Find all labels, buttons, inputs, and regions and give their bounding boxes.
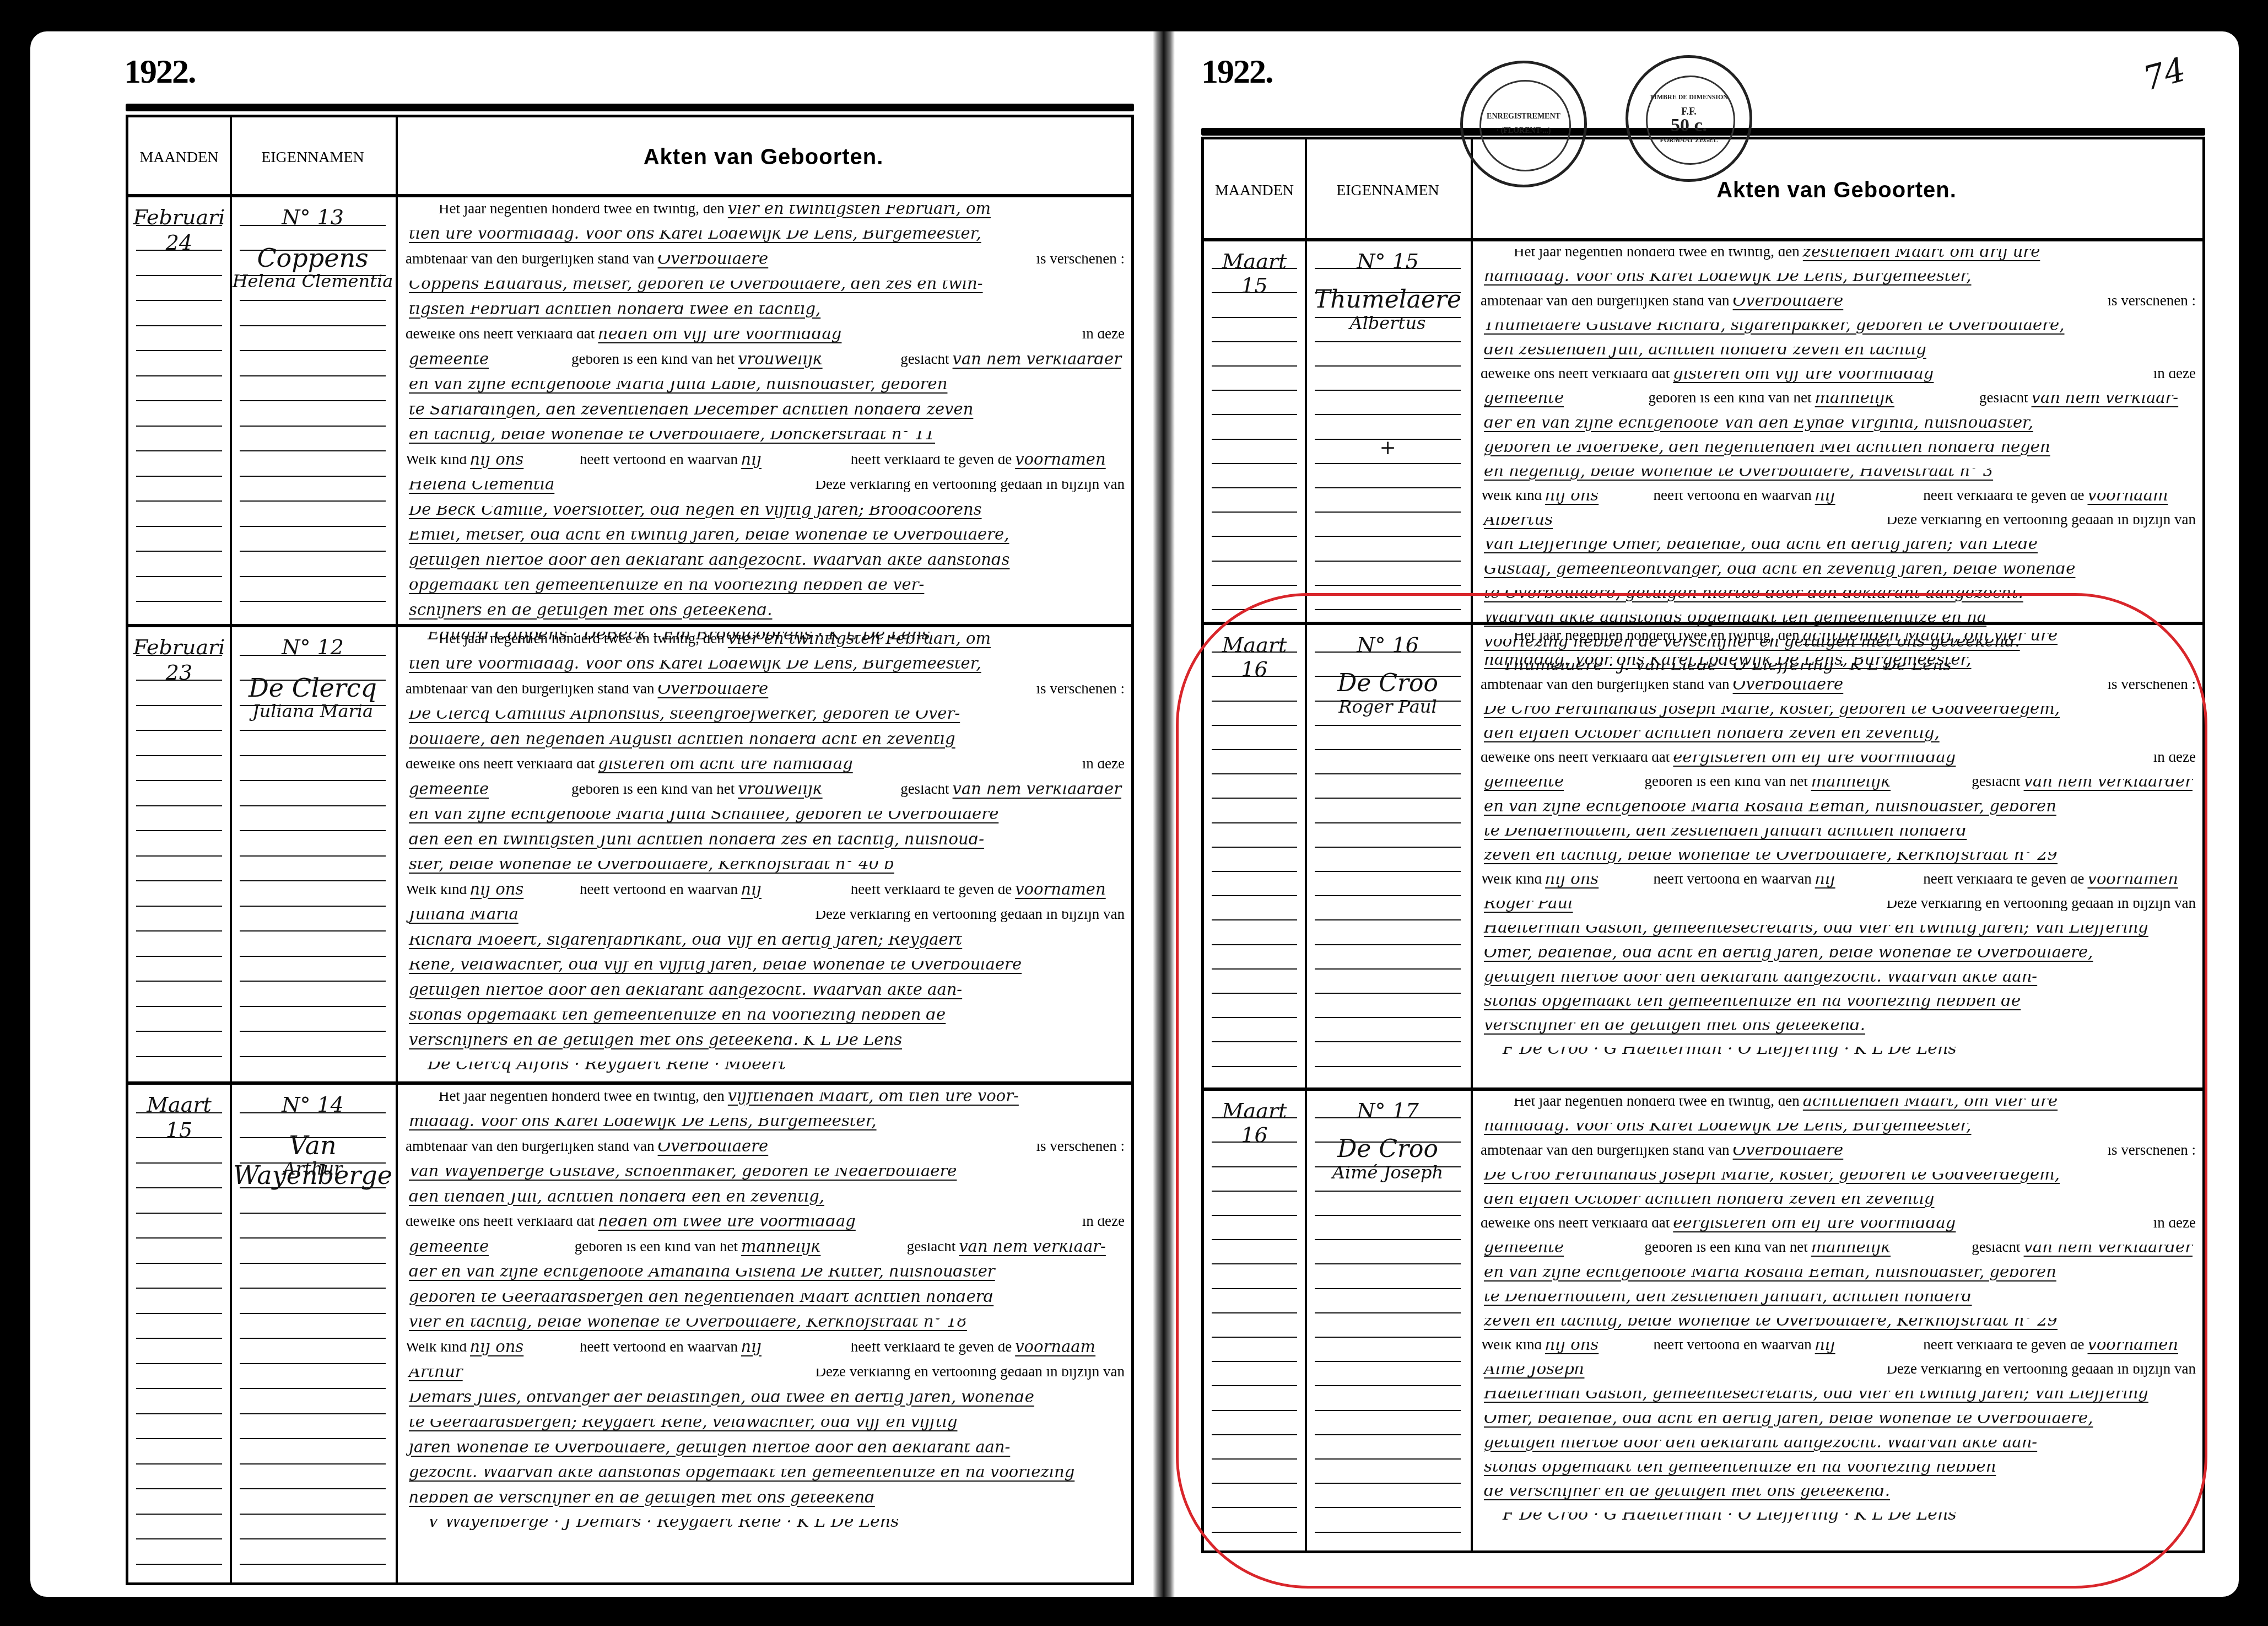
record-line: Het jaar negentien honderd twee en twint…: [1481, 1099, 2196, 1123]
ruling-line: [136, 755, 222, 756]
ruling-line: [1212, 1215, 1297, 1216]
record-body: Het jaar negentien honderd twee en twint…: [1481, 249, 2196, 687]
record-line: gemeentegeboren is een kind van hetmanne…: [1481, 395, 2196, 419]
printed-text: geboren is een kind van het: [575, 1243, 738, 1265]
record-number: N° 13: [230, 205, 396, 229]
signature-line: F De Croo · G Haelterman · O Lieffering …: [1481, 1512, 1957, 1533]
ruling-line: [136, 1213, 222, 1214]
handwritten-entry: middag. Voor ons Karel Lodewijk De Lens,…: [406, 1118, 1125, 1140]
ruling-line: [1315, 847, 1461, 848]
handwritten-entry: getuigen hiertoe door den deklarant aang…: [1481, 974, 2196, 995]
ruling-line: [240, 1438, 386, 1439]
ruling-line: [240, 755, 386, 756]
record-given-names: Albertus: [1305, 313, 1471, 333]
record-surname: Coppens: [230, 243, 396, 273]
record-line: gemeentegeboren is een kind van hetmanne…: [1481, 779, 2196, 803]
ruling-line: [240, 576, 386, 577]
ruling-line: [1212, 847, 1297, 848]
ruling-line: [1315, 1239, 1461, 1240]
signatures: V Wayenberge · J Demars · Reygaert René …: [406, 1519, 1125, 1544]
handwritten-entry: gemeente: [1481, 395, 1648, 416]
ruling-line: [136, 830, 222, 831]
ruling-line: [1212, 1239, 1297, 1240]
ruling-line: [1212, 1532, 1297, 1533]
ruling-line: [1315, 1483, 1461, 1484]
record-line: gemeentegeboren is een kind van hetmanne…: [406, 1243, 1125, 1268]
page-gutter: [1153, 31, 1175, 1597]
handwritten-entry: en van zijne echtgenoote Maria Julia Sch…: [406, 811, 1125, 833]
record-line: namiddag. Voor ons Karel Lodewijk De Len…: [1481, 1123, 2196, 1147]
ruling-line: [136, 526, 222, 527]
handwritten-entry: Albertus: [1481, 517, 1886, 538]
handwritten-entry: Overboulaere: [1730, 298, 2108, 319]
handwritten-entry: en tachtig, beide wonende te Overboulaer…: [406, 431, 1125, 453]
ruling-line: [1315, 822, 1461, 823]
ruling-line: [136, 906, 222, 907]
header-title: Akten van Geboorten.: [1471, 139, 2202, 241]
ruling-line: [1315, 341, 1461, 342]
birth-record: Maart16N° 17De CrooAimé JosephHet jaar n…: [1204, 1091, 2202, 1554]
ruling-line: [136, 576, 222, 577]
handwritten-entry: eergisteren om elf ure voormiddag: [1670, 755, 2153, 776]
ruling-line: [1315, 463, 1461, 464]
ruling-line: [1315, 749, 1461, 750]
birth-record: Maart16N° 16De CrooRoger PaulHet jaar ne…: [1204, 625, 2202, 1091]
header-names: EIGENNAMEN: [230, 117, 396, 197]
signature-line: De Clercq Alfons · Reygaert René · Moeer…: [406, 1062, 786, 1084]
handwritten-entry: Van Wayenberge Gustave, schoenmaker, geb…: [406, 1168, 1125, 1190]
ruling-line: [136, 1338, 222, 1339]
handwritten-entry: schijners en de getuigen met ons geteeke…: [406, 606, 1125, 628]
printed-text: geslacht: [1972, 1245, 2020, 1266]
ruling-line: [1315, 1215, 1461, 1216]
register-table-left: MAANDENEIGENNAMENAkten van Geboorten.Feb…: [126, 115, 1134, 1585]
record-number: N° 16: [1305, 633, 1471, 657]
printed-text: ambtenaar van den burgerlijken stand van: [406, 685, 655, 707]
handwritten-entry: gemeente: [406, 785, 571, 807]
handwritten-entry: Haelterman Gaston, gemeentesecretaris, o…: [1481, 925, 2196, 946]
handwritten-entry: vier en tachtig, beide wonende te Overbo…: [406, 1318, 1125, 1340]
ruling-line: [1212, 512, 1297, 513]
header-months: MAANDEN: [128, 117, 230, 197]
handwritten-entry: gisteren om vijf ure voormiddag: [1670, 371, 2153, 392]
handwritten-entry: gemeente: [406, 1243, 575, 1265]
ruling-line: [1315, 1385, 1461, 1386]
printed-text: Het jaar negentien honderd twee en twint…: [1481, 249, 1800, 270]
record-line: ambtenaar van den burgerlijken stand van…: [406, 1143, 1125, 1168]
printed-text: Welk kind: [1481, 1342, 1542, 1363]
record-number: N° 15: [1305, 249, 1471, 273]
ruling-line: [1315, 993, 1461, 994]
handwritten-entry: achttienden Maart, om vier ure: [1800, 1099, 2196, 1119]
record-line: namiddag. Voor ons Karel Lodewijk De Len…: [1481, 657, 2196, 681]
handwritten-entry: mannelijk: [1808, 779, 1972, 800]
printed-text: in deze: [2153, 1220, 2196, 1241]
record-line: Gustaaf, gemeenteontvanger, oud acht en …: [1481, 566, 2196, 590]
handwritten-entry: stonds opgemaakt ten gemeentehuize en na…: [406, 1011, 1125, 1033]
handwritten-entry: Overboulaere: [655, 685, 1036, 707]
ruling-line: [1315, 773, 1461, 774]
record-number: N° 17: [1305, 1099, 1471, 1123]
printed-text: Het jaar negentien honderd twee en twint…: [406, 1092, 725, 1114]
printed-text: geslacht: [900, 785, 949, 807]
handwritten-entry: te Denderhoutem, den zestienden Januari …: [1481, 828, 2196, 849]
handwritten-entry: getuigen hiertoe door den deklarant aang…: [406, 986, 1125, 1008]
ruling-line: [1315, 1191, 1461, 1192]
ruling-line: [1212, 701, 1297, 702]
ruling-line: [1212, 585, 1297, 586]
record-line: geboren te Geeraardsbergen den negentien…: [406, 1293, 1125, 1318]
ruling-line: [136, 705, 222, 706]
ruling-line: [1212, 871, 1297, 872]
ruling-line: [1212, 365, 1297, 367]
ruling-line: [240, 1363, 386, 1364]
record-day: 24: [128, 227, 230, 258]
record-given-names: Aimé Joseph: [1305, 1162, 1471, 1183]
handwritten-entry: hij: [1812, 493, 1923, 514]
handwritten-entry: van hem verklaarder: [949, 785, 1125, 807]
ruling-line: [1315, 798, 1461, 799]
ruling-line: [1315, 871, 1461, 872]
handwritten-entry: Thumelaere Gustave Richard, sigarenpakke…: [1481, 322, 2196, 343]
record-line: den elfden October achttien honderd zeve…: [1481, 730, 2196, 755]
ruling-line: [1212, 1017, 1297, 1018]
printed-text: ambtenaar van den burgerlijken stand van: [1481, 1147, 1730, 1168]
handwritten-entry: geboren te Moerbeke, den negentienden Me…: [1481, 444, 2196, 465]
handwritten-entry: te Geeraardsbergen; Reygaert René, veldw…: [406, 1419, 1125, 1441]
record-line: Welk kindhij onsheeft vertoond en waarva…: [1481, 876, 2196, 901]
handwritten-entry: den tienden Juli, achttien honderd een e…: [406, 1193, 1125, 1215]
record-line: Het jaar negentien honderd twee en twint…: [406, 635, 1125, 660]
ruling-line: [240, 906, 386, 907]
record-line: gezocht. Waarvan akte aanstonds opgemaak…: [406, 1469, 1125, 1494]
handwritten-entry: vier en twintigsten Februari, om: [725, 635, 1125, 657]
header-title: Akten van Geboorten.: [396, 117, 1131, 197]
record-line: Roger PaulDeze verklaring en vertooning …: [1481, 901, 2196, 925]
ruling-line: [1212, 1410, 1297, 1411]
record-line: ambtenaar van den burgerlijken stand van…: [406, 685, 1125, 710]
handwritten-entry: Arthur: [406, 1369, 815, 1391]
record-line: der en van zijne echtgenoote Van den Eyn…: [1481, 419, 2196, 444]
signatures: De Clercq Alfons · Reygaert René · Moeer…: [406, 1062, 1125, 1087]
handwritten-entry: stonds opgemaakt ten gemeentehuize en na…: [1481, 1464, 2196, 1485]
ruling-line: [240, 1564, 386, 1565]
record-line: ambtenaar van den burgerlijken stand van…: [406, 255, 1125, 281]
ruling-line: [136, 400, 222, 401]
handwritten-entry: voornamen: [1012, 456, 1125, 478]
signatures: F De Croo · G Haelterman · O Lieffering …: [1481, 1512, 2196, 1537]
printed-text: Welk kind: [406, 886, 467, 908]
ruling-line: [1212, 487, 1297, 488]
signature-line: V Wayenberge · J Demars · Reygaert René …: [406, 1519, 899, 1541]
ruling-line: [136, 1006, 222, 1007]
ruling-line: [1212, 1458, 1297, 1460]
record-line: boulaere, den negenden Augusti achttien …: [406, 735, 1125, 761]
record-line: René, veldwachter, oud vijf en vijftig j…: [406, 961, 1125, 987]
handwritten-entry: gezocht. Waarvan akte aanstonds opgemaak…: [406, 1469, 1125, 1491]
handwritten-entry: Haelterman Gaston, gemeentesecretaris, o…: [1481, 1391, 2196, 1412]
record-line: te Denderhoutem, den zestienden Januari …: [1481, 828, 2196, 852]
ruling-line: [1212, 1361, 1297, 1362]
printed-text: geslacht: [907, 1243, 955, 1265]
handwritten-entry: achttienden Maart, om vier ure: [1800, 633, 2196, 654]
handwritten-entry: den een en twintigsten Juni achttien hon…: [406, 836, 1125, 858]
ruling-line: [136, 981, 222, 982]
ruling-line: [136, 1413, 222, 1414]
record-line: Haelterman Gaston, gemeentesecretaris, o…: [1481, 1391, 2196, 1415]
handwritten-entry: gemeente: [406, 356, 571, 378]
printed-text: dewelke ons heeft verklaard dat: [406, 761, 595, 783]
handwritten-entry: hij ons: [1542, 1342, 1653, 1363]
record-line: dewelke ons heeft verklaard dateergister…: [1481, 755, 2196, 779]
handwritten-entry: geboren te Geeraardsbergen den negentien…: [406, 1293, 1125, 1315]
ruling-line: [1315, 365, 1461, 367]
ruling-line: [136, 426, 222, 427]
handwritten-entry: getuigen hiertoe door den deklarant aang…: [406, 556, 1125, 578]
ruling-line: [1315, 1263, 1461, 1264]
record-body: Het jaar negentien honderd twee en twint…: [1481, 633, 2196, 1071]
handwritten-entry: getuigen hiertoe door den deklarant aang…: [1481, 1440, 2196, 1461]
ruling-line: [1212, 749, 1297, 750]
printed-text: in deze: [2153, 755, 2196, 776]
record-day: 16: [1204, 654, 1305, 685]
ruling-line: [240, 1313, 386, 1314]
ruling-line: [240, 956, 386, 957]
ruling-line: [240, 500, 386, 502]
record-surname: De Croo: [1305, 669, 1471, 697]
ruling-line: [1212, 944, 1297, 945]
record-line: getuigen hiertoe door den deklarant aang…: [1481, 1440, 2196, 1464]
handwritten-entry: Roger Paul: [1481, 901, 1886, 922]
record-given-names: Arthur: [230, 1158, 396, 1179]
printed-text: is verschenen :: [1036, 685, 1125, 707]
record-line: en van zijne echtgenoote Maria Rosalia E…: [1481, 1269, 2196, 1293]
signature-line: F De Croo · G Haelterman · O Lieffering …: [1481, 1047, 1957, 1068]
stamp-left-text: ENREGISTREMENT · (FLORENT-...): [1485, 110, 1562, 138]
printed-text: heeft vertoond en waarvan: [1654, 876, 1812, 897]
handwritten-entry: Coppens Eduardus, metser, geboren te Ove…: [406, 281, 1125, 303]
record-line: te Denderhoutem, den zestienden Januari,…: [1481, 1294, 2196, 1318]
ruling-line: [1315, 1066, 1461, 1067]
handwritten-entry: gemeente: [1481, 1245, 1644, 1266]
ruling-line: [136, 1162, 222, 1164]
handwritten-entry: hij ons: [1542, 876, 1653, 897]
record-line: Thumelaere Gustave Richard, sigarenpakke…: [1481, 322, 2196, 347]
record-line: namiddag. Voor ons Karel Lodewijk De Len…: [1481, 273, 2196, 298]
record-line: gemeentegeboren is een kind van hetmanne…: [1481, 1245, 2196, 1269]
printed-text: heeft vertoond en waarvan: [1654, 493, 1812, 514]
ruling-line: [1212, 561, 1297, 562]
handwritten-entry: Overboulaere: [655, 1143, 1036, 1165]
printed-text: Deze verklaring en vertooning gedaan in …: [1886, 517, 2196, 538]
ruling-line: [136, 300, 222, 301]
printed-text: in deze: [1082, 761, 1125, 783]
record-line: Het jaar negentien honderd twee en twint…: [1481, 633, 2196, 657]
record-line: zeven en tachtig, beide wonende te Overb…: [1481, 1318, 2196, 1342]
handwritten-entry: van hem verklaarder: [2021, 1245, 2196, 1266]
ruling-line: [136, 476, 222, 477]
handwritten-entry: Richard Moeert, sigarenfabrikant, oud vi…: [406, 936, 1125, 958]
ruling-line: [240, 1463, 386, 1465]
record-line: gemeentegeboren is een kind van hetvrouw…: [406, 356, 1125, 381]
signatures: F De Croo · G Haelterman · O Lieffering …: [1481, 1047, 2196, 1071]
handwritten-entry: van hem verklaar-: [2028, 395, 2196, 416]
ruling-line: [1315, 561, 1461, 562]
ruling-line: [1315, 1507, 1461, 1508]
ruling-line: [1212, 1434, 1297, 1435]
printed-text: dewelke ons heeft verklaard dat: [1481, 1220, 1670, 1241]
ruling-line: [240, 1213, 386, 1214]
handwritten-entry: voornamen: [2085, 876, 2196, 897]
record-line: Welk kindhij onsheeft vertoond en waarva…: [406, 1343, 1125, 1369]
printed-text: Welk kind: [406, 456, 467, 478]
handwritten-entry: den zestienden Juli, achttien honderd ze…: [1481, 347, 2196, 368]
record-line: ambtenaar van den burgerlijken stand van…: [1481, 298, 2196, 322]
ruling-line: [136, 1463, 222, 1465]
ruling-line: [240, 730, 386, 731]
record-line: hebben de verschijner en de getuigen met…: [406, 1494, 1125, 1519]
handwritten-entry: voornamen: [2085, 1342, 2196, 1363]
record-line: tien ure voormiddag. Voor ons Karel Lode…: [406, 230, 1125, 256]
handwritten-entry: der en van zijne echtgenoote Amandina Gi…: [406, 1268, 1125, 1290]
printed-text: Het jaar negentien honderd twee en twint…: [406, 205, 725, 227]
record-line: de verschijner en de getuigen met ons ge…: [1481, 1488, 2196, 1512]
handwritten-entry: Juliana Maria: [406, 911, 815, 933]
ruling-line: [240, 300, 386, 301]
record-given-names: Roger Paul: [1305, 696, 1471, 717]
ruling-line: [136, 805, 222, 806]
record-line: Richard Moeert, sigarenfabrikant, oud vi…: [406, 936, 1125, 961]
handwritten-entry: mannelijk: [738, 1243, 907, 1265]
printed-text: Het jaar negentien honderd twee en twint…: [1481, 633, 1800, 654]
record-body: Het jaar negentien honderd twee en twint…: [406, 635, 1125, 1086]
printed-text: geboren is een kind van het: [571, 356, 735, 378]
printed-text: Deze verklaring en vertooning gedaan in …: [815, 911, 1125, 933]
ruling-line: [136, 450, 222, 451]
record-line: dewelke ons heeft verklaard datheden om …: [406, 1218, 1125, 1243]
cross-mark: +: [1305, 437, 1471, 459]
ruling-line: [240, 1263, 386, 1264]
handwritten-entry: hij: [738, 886, 851, 908]
revenue-stamp-left: ENREGISTREMENT · (FLORENT-...): [1460, 61, 1587, 187]
record-line: De Clercq Camillus Alphonsius, steengroe…: [406, 710, 1125, 736]
record-line: Juliana MariaDeze verklaring en vertooni…: [406, 911, 1125, 936]
printed-text: ambtenaar van den burgerlijken stand van: [1481, 681, 1730, 702]
handwritten-entry: namiddag. Voor ons Karel Lodewijk De Len…: [1481, 1123, 2196, 1144]
ruling-line: [240, 601, 386, 602]
handwritten-entry: René, veldwachter, oud vijf en vijftig j…: [406, 961, 1125, 983]
ruling-line: [240, 1388, 386, 1389]
handwritten-entry: eergisteren om elf ure voormiddag: [1670, 1220, 2153, 1241]
printed-text: Het jaar negentien honderd twee en twint…: [406, 635, 725, 657]
ruling-line: [1315, 1288, 1461, 1289]
handwritten-entry: te Overboulaere, getuigen hiertoe door d…: [1481, 590, 2196, 611]
record-line: middag. Voor ons Karel Lodewijk De Lens,…: [406, 1118, 1125, 1143]
ruling-line: [1315, 585, 1461, 586]
ruling-line: [1212, 1263, 1297, 1264]
ruling-line: [1315, 1532, 1461, 1533]
handwritten-entry: hij: [738, 456, 851, 478]
ruling-line: [136, 1263, 222, 1264]
handwritten-entry: hij ons: [467, 456, 580, 478]
handwritten-entry: en van zijne echtgenoote Maria Rosalia E…: [1481, 803, 2196, 824]
printed-text: ambtenaar van den burgerlijken stand van: [406, 1143, 655, 1165]
printed-text: heeft verklaard te geven de: [1923, 493, 2084, 514]
ruling-line: [1315, 919, 1461, 920]
ruling-line: [136, 500, 222, 502]
ruling-line: [1315, 1410, 1461, 1411]
printed-text: Deze verklaring en vertooning gedaan in …: [815, 1369, 1125, 1391]
record-surname: De Clercq: [230, 673, 396, 703]
ruling-line: [1212, 1191, 1297, 1192]
record-line: ArthurDeze verklaring en vertooning geda…: [406, 1369, 1125, 1394]
record-line: te Geeraardsbergen; Reygaert René, veldw…: [406, 1419, 1125, 1444]
printed-text: Welk kind: [1481, 876, 1542, 897]
header-months: MAANDEN: [1204, 139, 1305, 241]
record-body: Het jaar negentien honderd twee en twint…: [1481, 1099, 2196, 1537]
printed-text: Welk kind: [1481, 493, 1542, 514]
record-line: jaren wonende te Overboulaere, getuigen …: [406, 1444, 1125, 1469]
handwritten-entry: en negentig, beide wonende te Overboulae…: [1481, 469, 2196, 489]
birth-record: Maart15N° 14Van WayenbergeArthurHet jaar…: [128, 1085, 1131, 1584]
printed-text: heeft verklaard te geven de: [1923, 876, 2084, 897]
ruling-line: [240, 551, 386, 552]
birth-record: Maart15N° 15ThumelaereAlbertus+Het jaar …: [1204, 241, 2202, 625]
ruling-line: [1315, 968, 1461, 970]
handwritten-entry: gisteren om acht ure namiddag: [595, 761, 1082, 783]
record-line: den zestienden Juli, achttien honderd ze…: [1481, 347, 2196, 371]
handwritten-entry: Emiel, metser, oud acht en twintig jaren…: [406, 531, 1125, 553]
handwritten-entry: heden om vijf ure voormiddag: [595, 331, 1082, 353]
ruling-line: [1212, 919, 1297, 920]
handwritten-entry: Overboulaere: [1730, 1147, 2108, 1168]
ruling-line: [1212, 1288, 1297, 1289]
record-line: Omer, bediende, oud acht en dertig jaren…: [1481, 1415, 2196, 1439]
ruling-line: [240, 476, 386, 477]
ruling-line: [240, 400, 386, 401]
ruling-line: [240, 1056, 386, 1057]
record-day: 15: [1204, 270, 1305, 301]
record-line: dewelke ons heeft verklaard datgisteren …: [406, 761, 1125, 786]
handwritten-entry: Demars Jules, ontvanger der belastingen,…: [406, 1393, 1125, 1415]
handwritten-entry: Van Liefferinge Omer, bediende, oud acht…: [1481, 541, 2196, 562]
ruling-line: [1315, 1434, 1461, 1435]
ruling-line: [1212, 439, 1297, 440]
handwritten-entry: verschijner en de getuigen met ons getee…: [1481, 1022, 2196, 1043]
ruling-line: [240, 1338, 386, 1339]
printed-text: Welk kind: [406, 1343, 467, 1365]
stamp-right-bottom: FORMAAT ZEGEL: [1650, 133, 1728, 147]
record-line: Welk kindhij onsheeft vertoond en waarva…: [406, 886, 1125, 911]
handwritten-entry: en van zijne echtgenoote Maria Rosalia E…: [1481, 1269, 2196, 1290]
record-line: dewelke ons heeft verklaard datgisteren …: [1481, 371, 2196, 395]
printed-text: heeft vertoond en waarvan: [1654, 1342, 1812, 1363]
handwritten-entry: van hem verklaarder: [949, 356, 1125, 378]
printed-text: is verschenen :: [2108, 681, 2196, 702]
handwritten-entry: boulaere, den negenden Augusti achttien …: [406, 735, 1125, 757]
ruling-line: [136, 1514, 222, 1515]
record-line: Haelterman Gaston, gemeentesecretaris, o…: [1481, 925, 2196, 949]
handwritten-entry: opgemaakt ten gemeentehuize en na voorle…: [406, 582, 1125, 604]
handwritten-entry: jaren wonende te Overboulaere, getuigen …: [406, 1444, 1125, 1466]
ruling-line: [1212, 798, 1297, 799]
ruling-line: [136, 930, 222, 932]
ruling-line: [240, 1031, 386, 1032]
ruling-line: [240, 426, 386, 427]
handwritten-entry: De Beck Camille, voerslotter, oud negen …: [406, 506, 1125, 528]
ruling-line: [240, 880, 386, 881]
handwritten-entry: zeven en tachtig, beide wonende te Overb…: [1481, 1318, 2196, 1339]
